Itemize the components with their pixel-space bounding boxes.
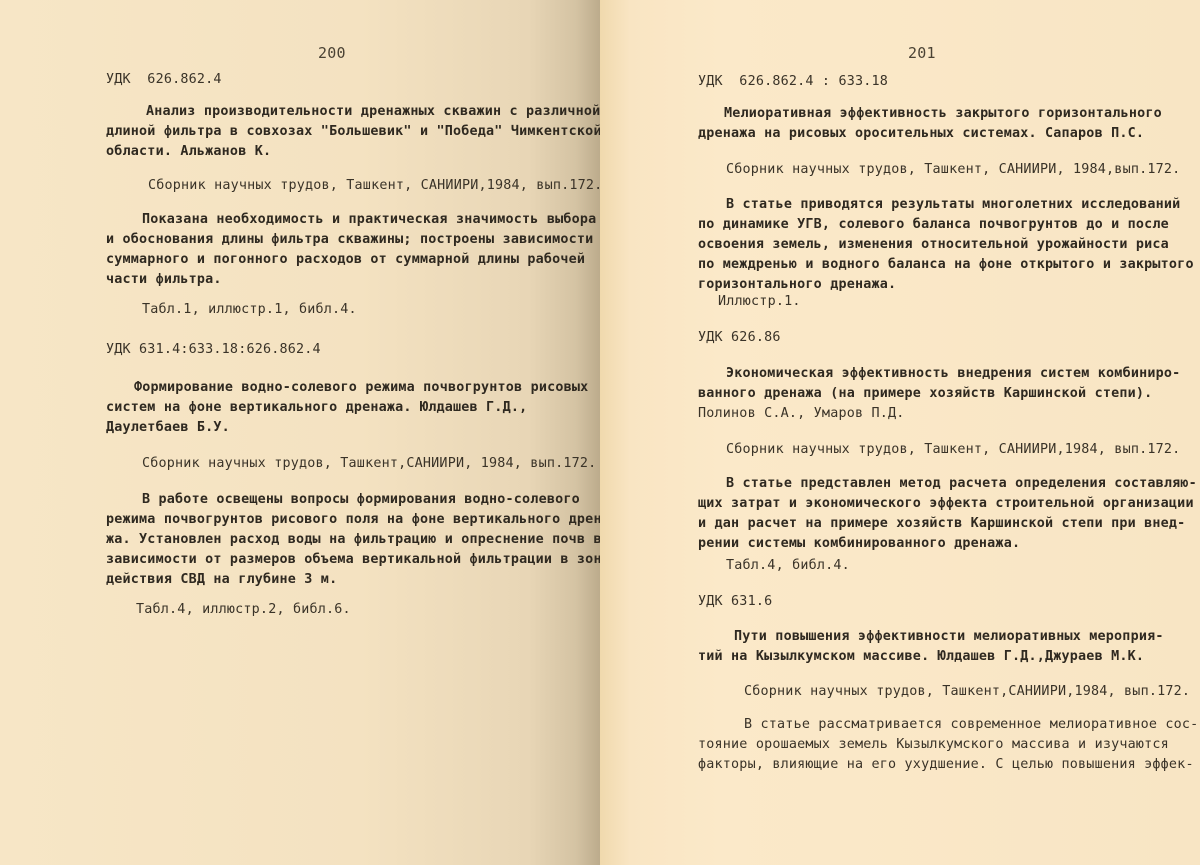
entry-source: Сборник научных трудов, Ташкент,САНИИРИ,… [744,682,1190,702]
entry-title-line: области. Альжанов К. [106,142,271,162]
entry-title-line: Анализ производительности дренажных сква… [146,102,600,122]
entry-abstract-line: В статье приводятся результаты многолетн… [726,195,1180,215]
entry-title-line: Полинов С.А., Умаров П.Д. [698,404,905,424]
book-spread: 200 УДК 626.862.4 Анализ производительно… [0,0,1200,865]
entry-abstract-line: зависимости от размеров объема вертикаль… [106,550,610,570]
udc-code: УДК 631.6 [698,592,772,612]
entry-abstract-line: части фильтра. [106,270,222,290]
entry-title-line: Пути повышения эффективности мелиоративн… [734,627,1164,647]
entry-abstract-line: и дан расчет на примере хозяйств Каршинс… [698,514,1185,534]
entry-title-line: систем на фоне вертикального дренажа. Юл… [106,398,527,418]
entry-abstract-line: по динамике УГВ, солевого баланса почвог… [698,215,1169,235]
entry-abstract-line: суммарного и погонного расходов от сумма… [106,250,585,270]
entry-title-line: Мелиоративная эффективность закрытого го… [724,104,1162,124]
page-number: 201 [908,44,936,62]
entry-abstract-line: и обоснования длины фильтра скважины; по… [106,230,593,250]
entry-refs: Табл.4, библ.4. [726,556,850,576]
entry-abstract-line: тояние орошаемых земель Кызылкумского ма… [698,735,1169,755]
entry-title-line: Даулетбаев Б.У. [106,418,230,438]
entry-abstract-line: Показана необходимость и практическая зн… [142,210,596,230]
entry-abstract-line: В статье рассматривается современное мел… [744,715,1198,735]
entry-title-line: Формирование водно-солевого режима почво… [134,378,588,398]
entry-title-line: дренажа на рисовых оросительных системах… [698,124,1144,144]
entry-abstract-line: действия СВД на глубине 3 м. [106,570,337,590]
entry-abstract-line: жа. Установлен расход воды на фильтрацию… [106,530,602,550]
entry-source: Сборник научных трудов, Ташкент, САНИИРИ… [148,176,602,196]
left-page: 200 УДК 626.862.4 Анализ производительно… [0,0,600,865]
entry-title-line: тий на Кызылкумском массиве. Юлдашев Г.Д… [698,647,1144,667]
entry-refs: Табл.1, иллюстр.1, библ.4. [142,300,357,320]
entry-source: Сборник научных трудов, Ташкент,САНИИРИ,… [142,454,596,474]
entry-source: Сборник научных трудов, Ташкент, САНИИРИ… [726,160,1180,180]
entry-abstract-line: по междренью и водного баланса на фоне о… [698,255,1194,275]
right-page: 201 УДК 626.862.4 : 633.18 Мелиоративная… [600,0,1200,865]
entry-abstract-line: щих затрат и экономического эффекта стро… [698,494,1194,514]
udc-code: УДК 626.86 [698,328,781,348]
entry-refs: Табл.4, иллюстр.2, библ.6. [136,600,351,620]
entry-title-line: длиной фильтра в совхозах "Большевик" и … [106,122,602,142]
entry-abstract-line: факторы, влияющие на его ухудшение. С це… [698,755,1194,775]
entry-title-line: Экономическая эффективность внедрения си… [726,364,1180,384]
entry-source: Сборник научных трудов, Ташкент, САНИИРИ… [726,440,1180,460]
udc-code: УДК 626.862.4 [106,70,222,90]
udc-code: УДК 631.4:633.18:626.862.4 [106,340,321,360]
page-number: 200 [318,44,346,62]
entry-title-line: ванного дренажа (на примере хозяйств Кар… [698,384,1152,404]
udc-code: УДК 626.862.4 : 633.18 [698,72,888,92]
entry-refs: Иллюстр.1. [718,292,801,312]
entry-abstract-line: В статье представлен метод расчета опред… [726,474,1197,494]
entry-abstract-line: рении системы комбинированного дренажа. [698,534,1020,554]
entry-abstract-line: режима почвогрунтов рисового поля на фон… [106,510,618,530]
entry-abstract-line: В работе освещены вопросы формирования в… [142,490,580,510]
entry-abstract-line: освоения земель, изменения относительной… [698,235,1169,255]
